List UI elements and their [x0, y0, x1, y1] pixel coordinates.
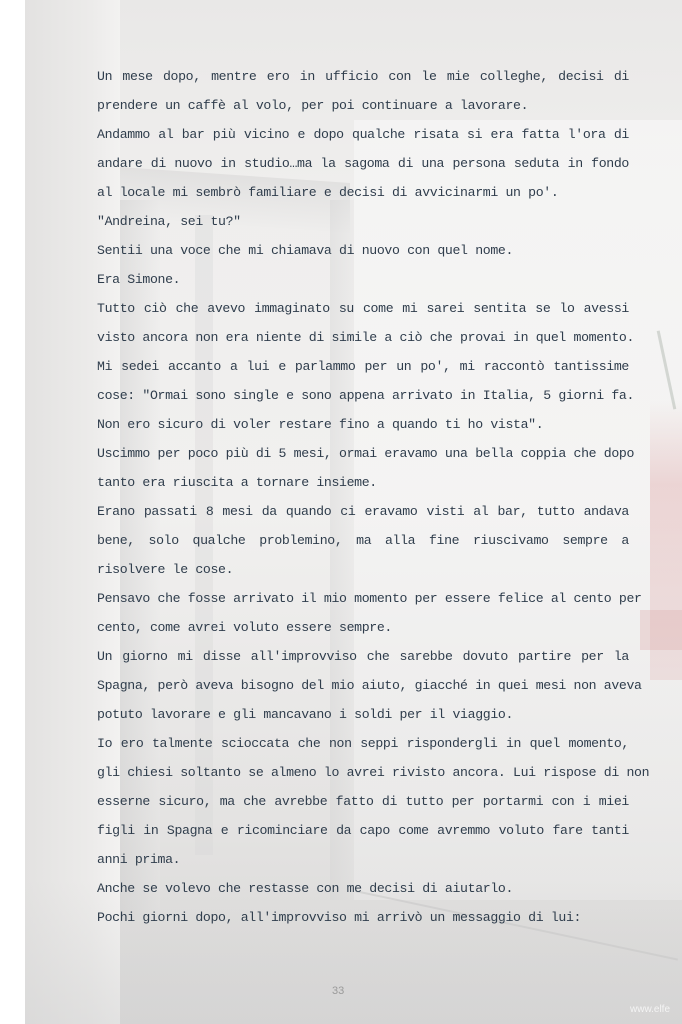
- text-line: Sentii una voce che mi chiamava di nuovo…: [97, 236, 657, 265]
- text-line: "Andreina, sei tu?": [97, 207, 657, 236]
- text-line: Mi sedei accanto a lui e parlammo per un…: [97, 352, 629, 381]
- text-line: Spagna, però aveva bisogno del mio aiuto…: [97, 671, 629, 700]
- story-text: Un mese dopo, mentre ero in ufficio con …: [97, 62, 657, 932]
- text-line: risolvere le cose.: [97, 555, 657, 584]
- text-line: Tutto ciò che avevo immaginato su come m…: [97, 294, 629, 323]
- text-line: bene, solo qualche problemino, ma alla f…: [97, 526, 629, 555]
- text-line: Pochi giorni dopo, all'improvviso mi arr…: [97, 903, 657, 932]
- watermark: www.elfe: [630, 1004, 670, 1015]
- text-line: visto ancora non era niente di simile a …: [97, 323, 629, 352]
- text-line: esserne sicuro, ma che avrebbe fatto di …: [97, 787, 629, 816]
- text-line: cento, come avrei voluto essere sempre.: [97, 613, 657, 642]
- text-line: potuto lavorare e gli mancavano i soldi …: [97, 700, 657, 729]
- text-line: gli chiesi soltanto se almeno lo avrei r…: [97, 758, 629, 787]
- text-line: Anche se volevo che restasse con me deci…: [97, 874, 657, 903]
- page-number: 33: [332, 985, 344, 997]
- text-line: tanto era riuscita a tornare insieme.: [97, 468, 657, 497]
- text-line: cose: "Ormai sono single e sono appena a…: [97, 381, 629, 410]
- text-line: Un giorno mi disse all'improvviso che sa…: [97, 642, 629, 671]
- text-line: Erano passati 8 mesi da quando ci eravam…: [97, 497, 629, 526]
- background-plant: [657, 331, 677, 410]
- text-line: prendere un caffè al volo, per poi conti…: [97, 91, 657, 120]
- text-line: anni prima.: [97, 845, 657, 874]
- text-line: Io ero talmente scioccata che non seppi …: [97, 729, 629, 758]
- text-line: Andammo al bar più vicino e dopo qualche…: [97, 120, 629, 149]
- text-line: Non ero sicuro di voler restare fino a q…: [97, 410, 657, 439]
- text-line: figli in Spagna e ricominciare da capo c…: [97, 816, 629, 845]
- text-line: Era Simone.: [97, 265, 657, 294]
- text-line: al locale mi sembrò familiare e decisi d…: [97, 178, 657, 207]
- text-line: andare di nuovo in studio…ma la sagoma d…: [97, 149, 629, 178]
- text-line: Un mese dopo, mentre ero in ufficio con …: [97, 62, 629, 91]
- text-line: Pensavo che fosse arrivato il mio moment…: [97, 584, 629, 613]
- text-line: Uscimmo per poco più di 5 mesi, ormai er…: [97, 439, 629, 468]
